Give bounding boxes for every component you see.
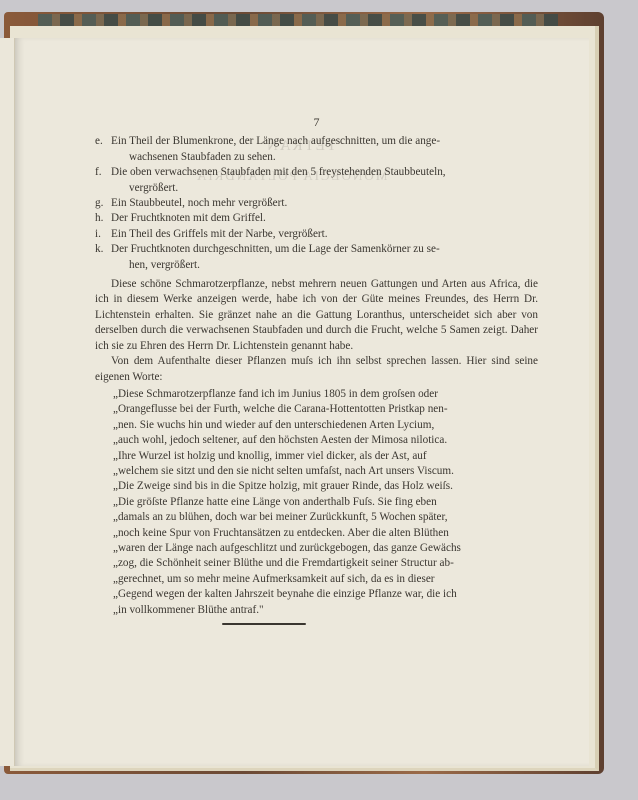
quote-line: „nen. Sie wuchs hin und wieder auf den u… xyxy=(113,418,538,433)
legend-text-cont: wachsenen Staubfaden zu sehen. xyxy=(111,150,538,165)
legend-text: Der Fruchtknoten durchgeschnitten, um di… xyxy=(111,243,440,255)
legend-key: k. xyxy=(95,242,111,273)
quote-line: „waren der Länge nach aufgeschlitzt und … xyxy=(113,541,538,556)
legend-text-cont: vergrößert. xyxy=(111,181,538,196)
legend-item: i. Ein Theil des Griffels mit der Narbe,… xyxy=(95,227,538,242)
figure-legend: e. Ein Theil der Blumenkrone, der Länge … xyxy=(95,134,538,273)
legend-item: h. Der Fruchtknoten mit dem Griffel. xyxy=(95,211,538,226)
quote-line: „Die gröſste Pflanze hatte eine Länge vo… xyxy=(113,495,538,510)
legend-key: e. xyxy=(95,134,111,165)
legend-item: e. Ein Theil der Blumenkrone, der Länge … xyxy=(95,134,538,165)
quote-line: „Ihre Wurzel ist holzig und knollig, imm… xyxy=(113,449,538,464)
quote-line: „Diese Schmarotzerpflanze fand ich im Ju… xyxy=(113,387,538,402)
legend-key: f. xyxy=(95,165,111,196)
quote-line: „damals an zu blühen, doch war bei meine… xyxy=(113,510,538,525)
legend-item: k. Der Fruchtknoten durchgeschnitten, um… xyxy=(95,242,538,273)
quote-line: „Orangeflusse bei der Furth, welche die … xyxy=(113,402,538,417)
legend-item: f. Die oben verwachsenen Staubfaden mit … xyxy=(95,165,538,196)
paragraph-description: Diese schöne Schmarotzerpflanze, nebst m… xyxy=(95,277,538,354)
quote-line: „noch keine Spur von Fruchtansätzen zu e… xyxy=(113,526,538,541)
end-rule xyxy=(222,623,306,625)
legend-text: Ein Staubbeutel, noch mehr vergrößert. xyxy=(111,196,538,211)
legend-text: Ein Theil der Blumenkrone, der Länge nac… xyxy=(111,135,440,147)
legend-text: Die oben verwachsenen Staubfaden mit den… xyxy=(111,166,446,178)
quote-line: „zog, die Schönheit seiner Blüthe und di… xyxy=(113,556,538,571)
legend-text: Der Fruchtknoten mit dem Griffel. xyxy=(111,211,538,226)
legend-key: g. xyxy=(95,196,111,211)
page-content: 7 e. Ein Theil der Blumenkrone, der Läng… xyxy=(95,115,538,618)
marbled-edge xyxy=(38,14,558,26)
quote-line: „auch wohl, jedoch seltener, auf den höc… xyxy=(113,433,538,448)
quote-line: „Die Zweige sind bis in die Spitze holzi… xyxy=(113,479,538,494)
page-number: 7 xyxy=(95,115,538,130)
quote-line: „welchem sie sitzt und den sie nicht sel… xyxy=(113,464,538,479)
quotation: „Diese Schmarotzerpflanze fand ich im Ju… xyxy=(113,387,538,618)
quote-line: „gerechnet, um so mehr meine Aufmerksamk… xyxy=(113,572,538,587)
paragraph-habitat-intro: Von dem Aufenthalte dieser Pflanzen muſs… xyxy=(95,354,538,385)
quote-line: „Gegend wegen der kalten Jahrszeit beyna… xyxy=(113,587,538,602)
legend-key: i. xyxy=(95,227,111,242)
legend-text-cont: hen, vergrößert. xyxy=(111,258,538,273)
legend-item: g. Ein Staubbeutel, noch mehr vergrößert… xyxy=(95,196,538,211)
legend-key: h. xyxy=(95,211,111,226)
left-page-edge xyxy=(0,38,15,766)
quote-line: „in vollkommener Blüthe antraf." xyxy=(113,603,538,618)
legend-text: Ein Theil des Griffels mit der Narbe, ve… xyxy=(111,227,538,242)
